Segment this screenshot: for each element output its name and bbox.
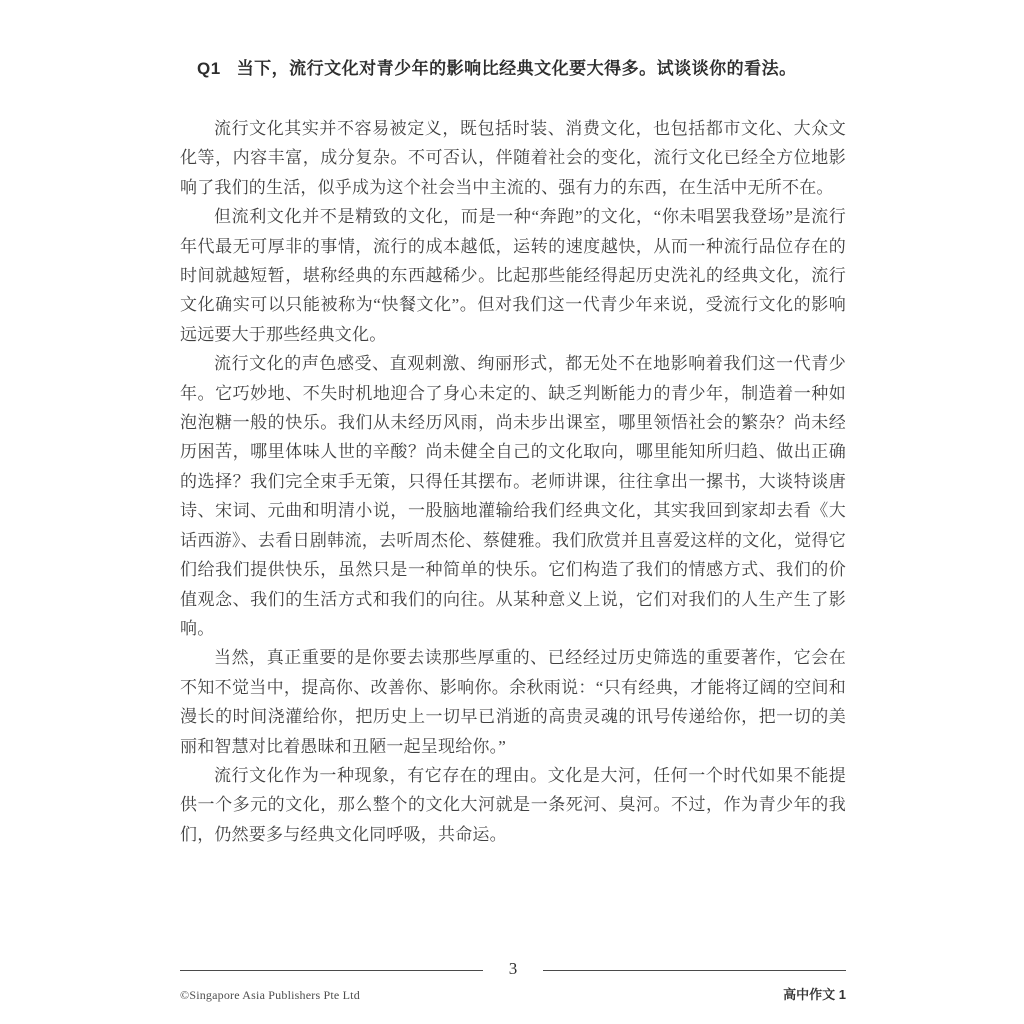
footer-rule-row: 3 xyxy=(180,958,846,982)
question-heading: Q1 当下，流行文化对青少年的影响比经典文化要大得多。试谈谈你的看法。 xyxy=(197,56,846,81)
page-footer: 3 ©Singapore Asia Publishers Pte Ltd 高中作… xyxy=(180,958,846,1003)
publisher-credit: ©Singapore Asia Publishers Pte Ltd xyxy=(180,988,360,1003)
document-page: Q1 当下，流行文化对青少年的影响比经典文化要大得多。试谈谈你的看法。 流行文化… xyxy=(0,0,1024,1024)
essay-paragraph: 流行文化的声色感受、直观刺激、绚丽形式，都无处不在地影响着我们这一代青少年。它巧… xyxy=(180,349,846,643)
essay-paragraph: 流行文化其实并不容易被定义，既包括时装、消费文化，也包括都市文化、大众文化等，内… xyxy=(180,114,846,202)
question-text: 当下，流行文化对青少年的影响比经典文化要大得多。试谈谈你的看法。 xyxy=(237,56,797,81)
footer-rule-right xyxy=(543,970,846,971)
footer-rule-left xyxy=(180,970,483,971)
question-number: Q1 xyxy=(197,56,221,81)
essay-paragraph: 流行文化作为一种现象，有它存在的理由。文化是大河，任何一个时代如果不能提供一个多… xyxy=(180,761,846,849)
essay-paragraph: 当然，真正重要的是你要去读那些厚重的、已经经过历史筛选的重要著作，它会在不知不觉… xyxy=(180,643,846,761)
essay-paragraph: 但流利文化并不是精致的文化，而是一种“奔跑”的文化，“你未唱罢我登场”是流行年代… xyxy=(180,202,846,349)
book-title: 高中作文 1 xyxy=(783,984,846,1003)
page-number: 3 xyxy=(509,959,518,979)
footer-meta: ©Singapore Asia Publishers Pte Ltd 高中作文 … xyxy=(180,984,846,1003)
essay-content: Q1 当下，流行文化对青少年的影响比经典文化要大得多。试谈谈你的看法。 流行文化… xyxy=(180,56,846,849)
essay-body: 流行文化其实并不容易被定义，既包括时装、消费文化，也包括都市文化、大众文化等，内… xyxy=(180,114,846,849)
